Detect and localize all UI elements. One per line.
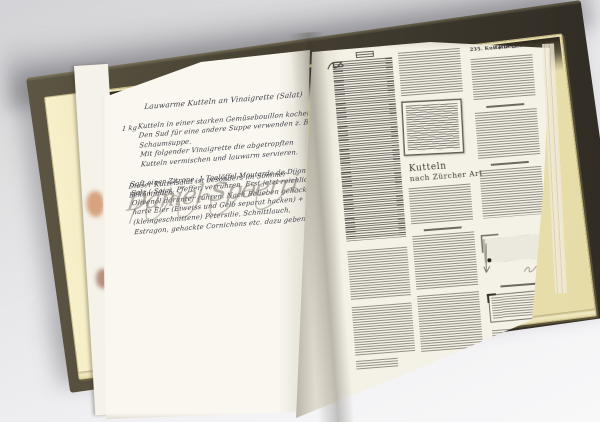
running-head-label (356, 51, 374, 58)
recipe-title: Lauwarme Kutteln an Vinaigrette (Salat) (144, 89, 316, 112)
pasted-clipping-framed (401, 99, 464, 156)
paragraph-block (479, 166, 545, 219)
section-divider (487, 103, 524, 108)
book-in-box-photo: Lauwarme Kutteln an Vinaigrette (Salat) … (0, 0, 600, 422)
paragraph-block (492, 325, 557, 368)
paragraph-block (471, 54, 536, 101)
printed-cookbook-page: Kutteln nach Zürcher Art 235. Kuttelflec… (332, 41, 573, 407)
section-divider (424, 226, 461, 231)
paragraph-block (412, 231, 478, 290)
paragraph-block (352, 303, 416, 358)
quantity-margin-note: 1 kg (122, 123, 138, 132)
paragraph-block (475, 108, 540, 159)
paragraph-block (347, 247, 411, 302)
left-page: Lauwarme Kutteln an Vinaigrette (Salat) … (96, 40, 320, 422)
paragraph-block (417, 291, 483, 352)
photo-highlight-blob (86, 191, 106, 218)
clipping-text (406, 103, 460, 152)
paragraph-block (408, 184, 473, 225)
index-text-block (332, 57, 406, 241)
section-divider (501, 283, 538, 288)
recipe-paragraph-1: 1 kg Kutteln in einer starken Gemüseboui… (137, 108, 320, 170)
paragraph-block (356, 358, 399, 371)
section-divider (491, 161, 528, 166)
paragraph-block (398, 48, 463, 97)
